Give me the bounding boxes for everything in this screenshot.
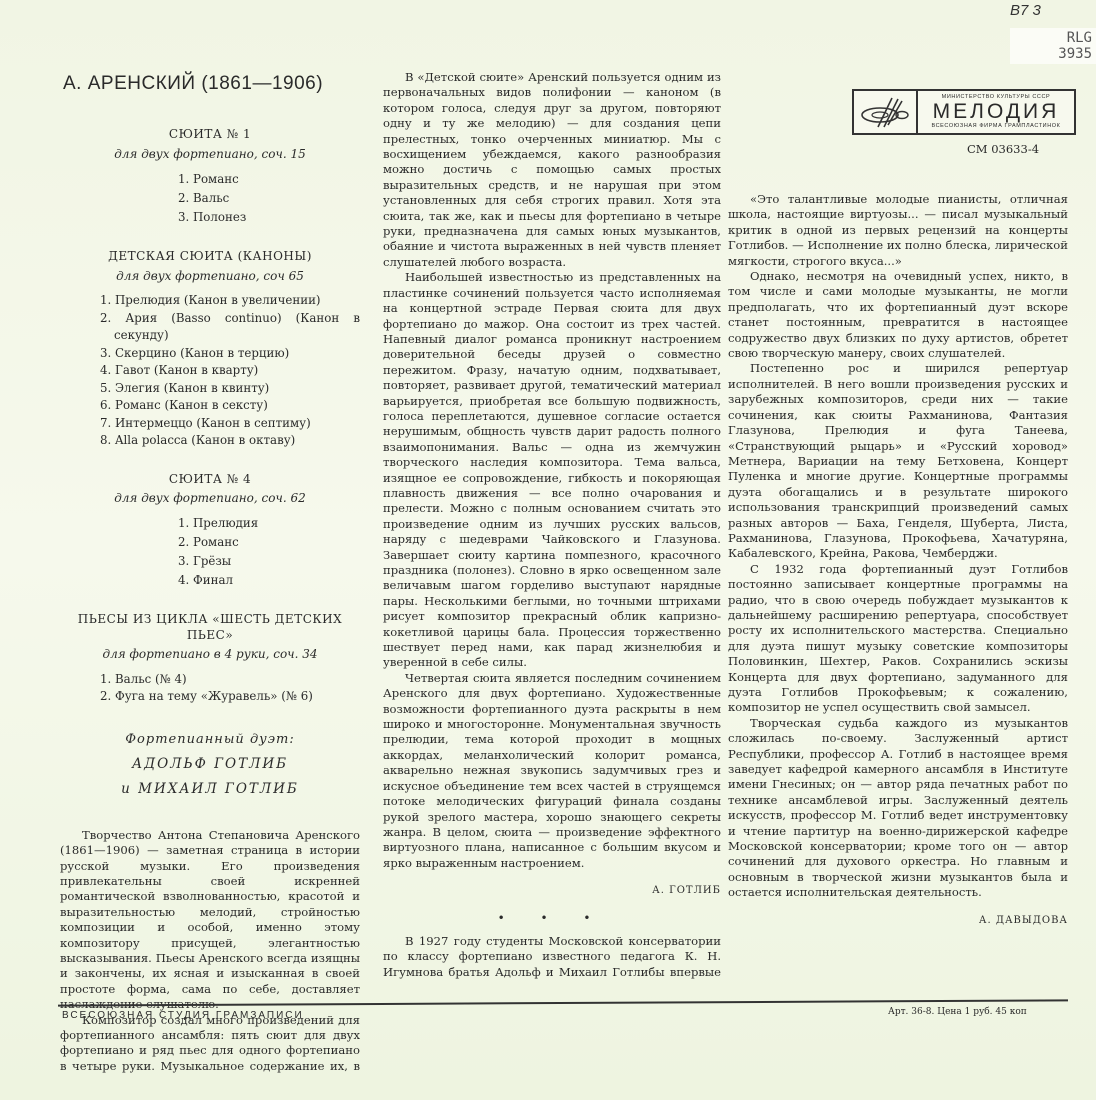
melodiya-emblem-icon xyxy=(854,91,918,133)
handwritten-note: В7 3 xyxy=(1010,2,1041,19)
essay-paragraph: Постепенно рос и ширился репертуар испол… xyxy=(728,361,1068,561)
essay-paragraph: Однако, несмотря на очевидный успех, ник… xyxy=(728,269,1068,361)
movement: 2. Фуга на тему «Журавель» (№ 6) xyxy=(100,688,360,706)
movement: 3. Грёзы xyxy=(178,552,360,571)
performer-name: АДОЛЬФ ГОТЛИБ xyxy=(60,757,360,772)
work-subtitle: для фортепиано в 4 руки, соч. 34 xyxy=(60,647,360,662)
essay-paragraph: Наибольшей известностью из представленны… xyxy=(383,270,721,671)
movement-list: 1. Вальс (№ 4) 2. Фуга на тему «Журавель… xyxy=(60,671,360,706)
column-tracklist: А. АРЕНСКИЙ (1861—1906) СЮИТА № 1 для дв… xyxy=(60,70,360,1075)
movement: 3. Полонез xyxy=(178,208,360,227)
essay-paragraph: С 1932 года фортепианный дуэт Готлибов п… xyxy=(728,562,1068,716)
essay-intro: Творчество Антона Степановича Аренского … xyxy=(60,828,360,1075)
stamp-line: 3935 xyxy=(1014,46,1092,62)
essay-signature: А. ГОТЛИБ xyxy=(383,883,721,898)
essay-paragraph: «Это талантливые молодые пианисты, отлич… xyxy=(728,192,1068,269)
essay-paragraph: Композитор создал много произведений для… xyxy=(60,1013,360,1075)
logo-company-line: ВСЕСОЮЗНАЯ ФИРМА ГРАМПЛАСТИНОК xyxy=(922,123,1070,130)
essay-signature: А. ДАВЫДОВА xyxy=(728,913,1068,928)
work-subtitle: для двух фортепиано, соч 65 xyxy=(60,269,360,284)
movement: 1. Прелюдия xyxy=(178,514,360,533)
movement: 8. Alla polacca (Канон в октаву) xyxy=(100,432,360,450)
column-essay: В «Детской сюите» Аренский пользуется од… xyxy=(383,70,721,980)
essay-paragraph: Творческая судьба каждого из музыкантов … xyxy=(728,716,1068,901)
catalog-number: СМ 03633-4 xyxy=(967,142,1039,156)
essay-paragraph: Творчество Антона Степановича Аренского … xyxy=(60,828,360,1013)
column-biography: «Это талантливые молодые пианисты, отлич… xyxy=(728,192,1068,928)
work-title: ДЕТСКАЯ СЮИТА (КАНОНЫ) xyxy=(60,249,360,264)
composer-heading: А. АРЕНСКИЙ (1861—1906) xyxy=(63,76,360,91)
price-info: Арт. 36-8. Цена 1 руб. 45 коп xyxy=(888,1007,1027,1017)
work-title: ПЬЕСЫ ИЗ ЦИКЛА «ШЕСТЬ ДЕТСКИХ ПЬЕС» xyxy=(60,612,360,643)
work-subtitle: для двух фортепиано, соч. 15 xyxy=(60,147,360,162)
record-back-cover: В7 3 RLG 3935 МИНИСТЕРСТВО КУЛЬТУРЫ СССР… xyxy=(0,0,1096,1100)
movement: 6. Романс (Канон в сексту) xyxy=(100,397,360,415)
work-subtitle: для двух фортепиано, соч. 62 xyxy=(60,491,360,506)
movement: 5. Элегия (Канон в квинту) xyxy=(100,380,360,398)
essay-paragraph: Четвертая сюита является последним сочин… xyxy=(383,671,721,871)
performers-label: Фортепианный дуэт: xyxy=(60,732,360,747)
movement: 2. Ария (Basso continuo) (Канон в секунд… xyxy=(100,310,360,345)
performer-name: и МИХАИЛ ГОТЛИБ xyxy=(60,782,360,797)
essay-paragraph: В «Детской сюите» Аренский пользуется од… xyxy=(383,70,721,270)
stamp-line: RLG xyxy=(1014,30,1092,46)
movement-list: 1. Прелюдия (Канон в увеличении) 2. Ария… xyxy=(60,292,360,450)
movement: 4. Гавот (Канон в кварту) xyxy=(100,362,360,380)
library-stamp: RLG 3935 xyxy=(1010,28,1096,64)
movement: 1. Прелюдия (Канон в увеличении) xyxy=(100,292,360,310)
melodiya-logo: МИНИСТЕРСТВО КУЛЬТУРЫ СССР МЕЛОДИЯ ВСЕСО… xyxy=(852,89,1076,135)
essay-paragraph: В 1927 году студенты Московской консерва… xyxy=(383,934,721,980)
movement: 1. Романс xyxy=(178,170,360,189)
movement: 7. Интермеццо (Канон в септиму) xyxy=(100,415,360,433)
section-separator: • • • xyxy=(383,911,721,926)
movement: 2. Вальс xyxy=(178,189,360,208)
studio-name: ВСЕСОЮЗНАЯ СТУДИЯ ГРАМЗАПИСИ xyxy=(62,1010,304,1021)
movement: 1. Вальс (№ 4) xyxy=(100,671,360,689)
melodiya-wordmark: МИНИСТЕРСТВО КУЛЬТУРЫ СССР МЕЛОДИЯ ВСЕСО… xyxy=(918,91,1074,133)
logo-brand: МЕЛОДИЯ xyxy=(922,101,1070,123)
movement-list: 1. Прелюдия 2. Романс 3. Грёзы 4. Финал xyxy=(60,514,360,590)
movement: 3. Скерцино (Канон в терцию) xyxy=(100,345,360,363)
work-title: СЮИТА № 4 xyxy=(60,472,360,487)
movement: 4. Финал xyxy=(178,571,360,590)
work-title: СЮИТА № 1 xyxy=(60,127,360,142)
movement: 2. Романс xyxy=(178,533,360,552)
movement-list: 1. Романс 2. Вальс 3. Полонез xyxy=(60,170,360,227)
